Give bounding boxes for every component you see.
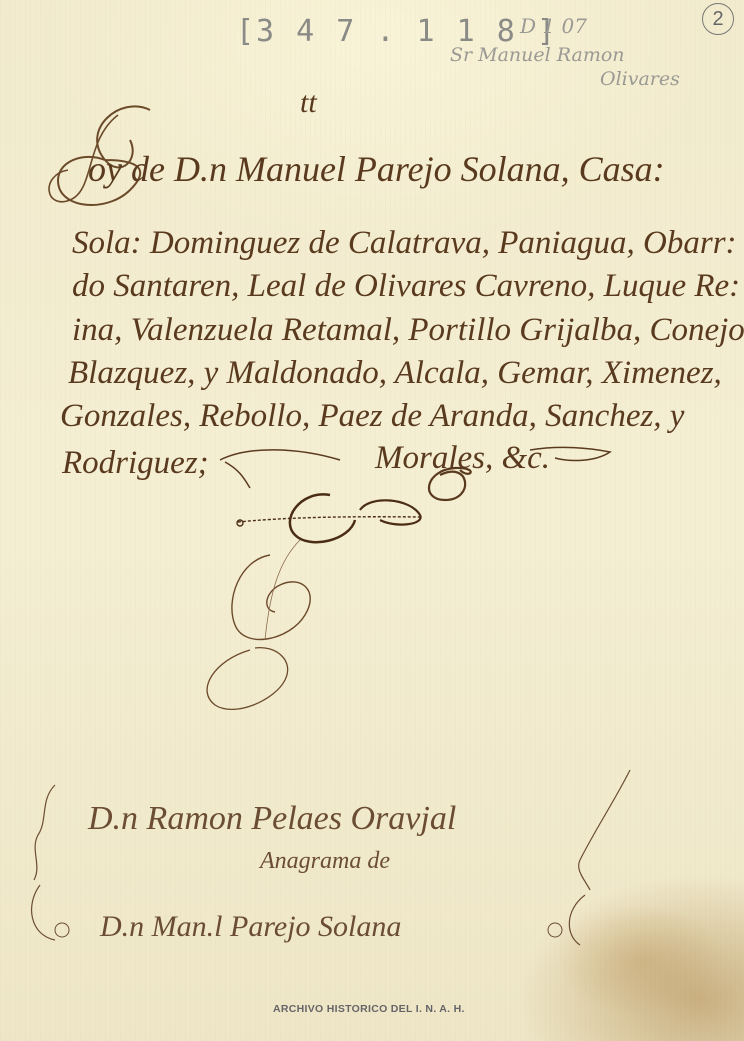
body-line-1: oy de D.n Manuel Parejo Solana, Casa: bbox=[88, 148, 665, 190]
body-line-8: Morales, &c. bbox=[375, 440, 550, 477]
archive-stamp: ARCHIVO HISTORICO DEL I. N. A. H. bbox=[273, 1003, 465, 1015]
body-line-7: Rodriguez; bbox=[62, 445, 209, 482]
body-line-3: do Santaren, Leal de Olivares Cavreno, L… bbox=[72, 268, 740, 305]
body-line-2: Sola: Dominguez de Calatrava, Paniagua, … bbox=[72, 225, 737, 262]
anagram-line-2: Anagrama de bbox=[260, 848, 390, 875]
body-line-4: ina, Valenzuela Retamal, Portillo Grijal… bbox=[72, 312, 744, 349]
anagram-line-1: D.n Ramon Pelaes Oravjal bbox=[88, 800, 456, 838]
anagram-line-3: D.n Man.l Parejo Solana bbox=[100, 910, 401, 944]
body-line-5: Blazquez, y Maldonado, Alcala, Gemar, Xi… bbox=[68, 355, 722, 392]
body-line-6: Gonzales, Rebollo, Paez de Aranda, Sanch… bbox=[60, 398, 684, 435]
